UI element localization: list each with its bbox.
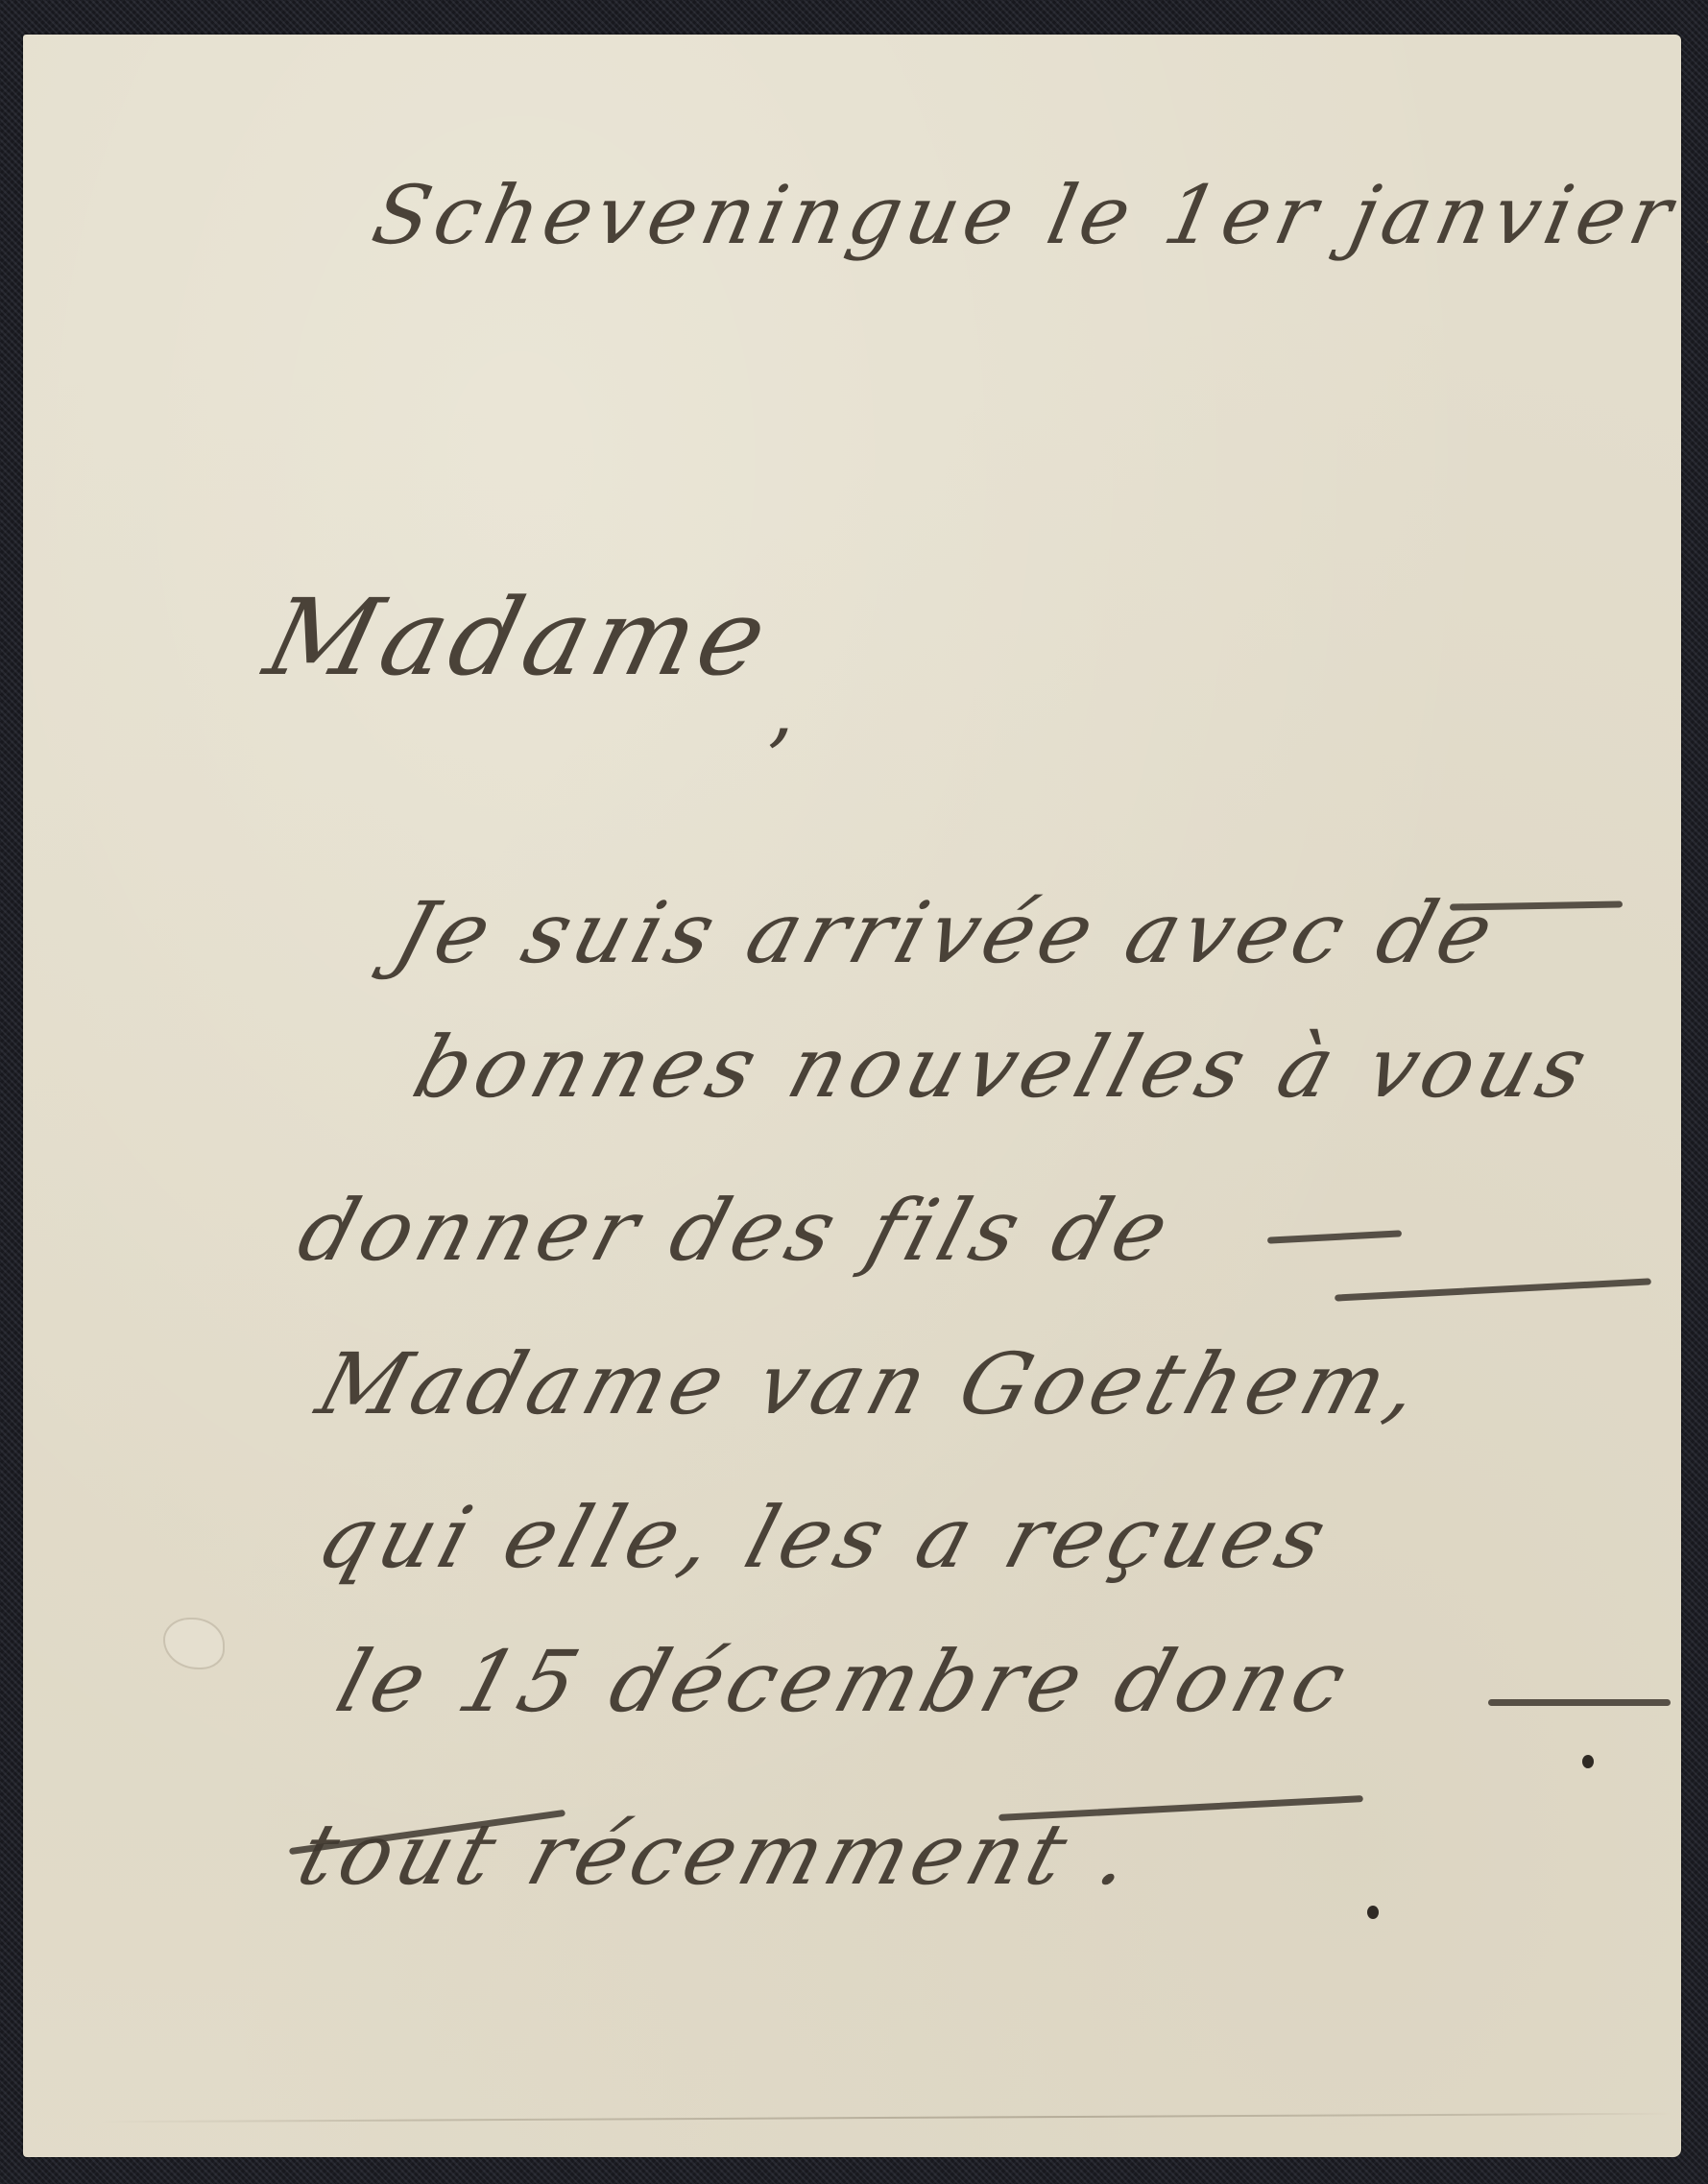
salutation-comma: , xyxy=(768,662,800,756)
paper-fold-line xyxy=(100,2113,1672,2124)
letter-body-line-5: qui elle, les a reçues xyxy=(307,1488,1342,1587)
letter-body-line-4: Madame van Goethem, xyxy=(307,1334,1436,1433)
letter-body-line-6: le 15 décembre donc xyxy=(326,1632,1362,1731)
ink-period xyxy=(1367,1906,1379,1919)
ink-flourish-line-6 xyxy=(1488,1699,1671,1706)
ink-dot xyxy=(1582,1755,1594,1768)
letter-body-line-2: bonnes nouvelles à vous xyxy=(403,1018,1603,1116)
letter-dateline: Scheveningue le 1er janvier 1915. xyxy=(365,168,1708,262)
letter-body-line-3: donner des fils de xyxy=(288,1181,1185,1280)
letter-body-line-1: Je suis arrivée avec de xyxy=(384,883,1509,982)
letter-salutation: Madame xyxy=(254,576,784,699)
